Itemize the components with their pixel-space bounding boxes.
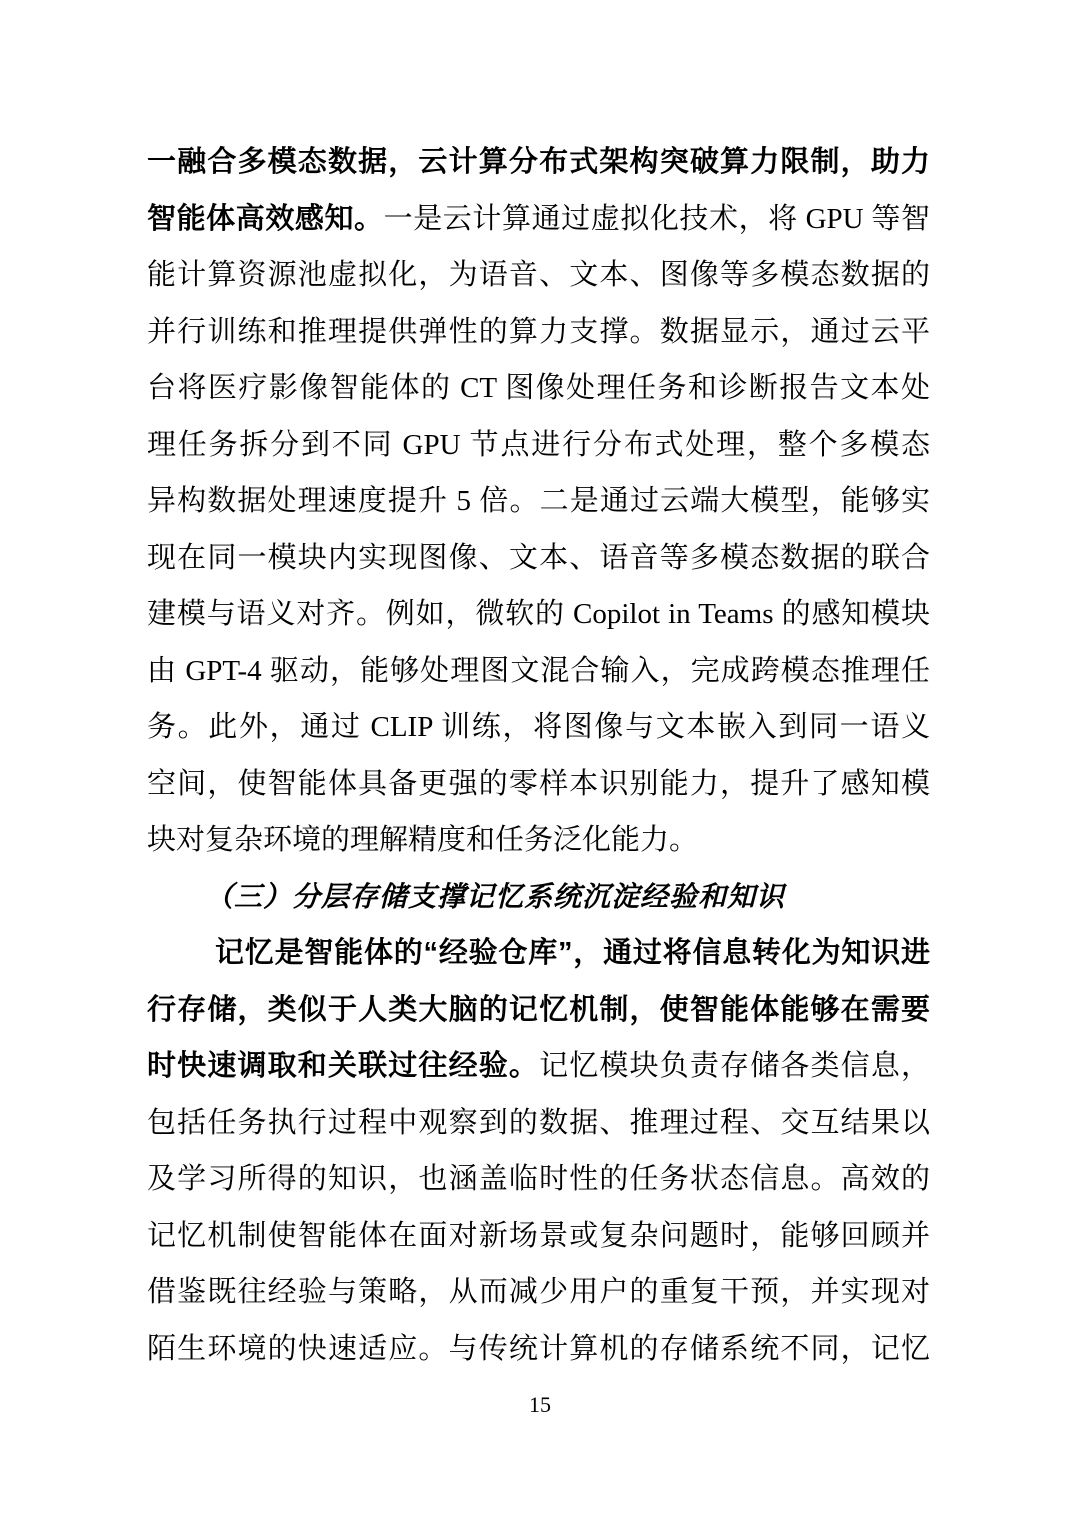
text-line: 能计算资源池虚拟化，为语音、文本、图像等多模态数据的 (147, 247, 930, 304)
text-line: 行存储，类似于人类大脑的记忆机制，使智能体能够在需要 (147, 982, 930, 1039)
text-segment: 异构数据处理速度提升 5 倍。二是通过云端大模型，能够实 (147, 485, 930, 517)
document-body: 一融合多模态数据，云计算分布式架构突破算力限制，助力智能体高效感知。一是云计算通… (147, 134, 930, 1377)
text-segment: 行存储，类似于人类大脑的记忆机制，使智能体能够在需要 (147, 994, 930, 1026)
text-segment: 理任务拆分到不同 GPU 节点进行分布式处理，整个多模态 (147, 429, 930, 461)
text-line: 现在同一模块内实现图像、文本、语音等多模态数据的联合 (147, 530, 930, 587)
text-segment: 现在同一模块内实现图像、文本、语音等多模态数据的联合 (147, 542, 930, 574)
text-line: 包括任务执行过程中观察到的数据、推理过程、交互结果以 (147, 1095, 930, 1152)
text-line: 智能体高效感知。一是云计算通过虚拟化技术，将 GPU 等智 (147, 191, 930, 248)
text-line: 由 GPT-4 驱动，能够处理图文混合输入，完成跨模态推理任 (147, 643, 930, 700)
text-segment: （三）分层存储支撑记忆系统沉淀经验和知识 (205, 882, 785, 913)
text-segment: 并行训练和推理提供弹性的算力支撑。数据显示，通过云平 (147, 316, 930, 348)
text-segment: 空间，使智能体具备更强的零样本识别能力，提升了感知模 (147, 768, 930, 800)
text-line: 陌生环境的快速适应。与传统计算机的存储系统不同，记忆 (147, 1321, 930, 1378)
text-segment: 一是云计算通过虚拟化技术，将 GPU 等智 (384, 203, 930, 235)
text-line: 块对复杂环境的理解精度和任务泛化能力。 (147, 812, 930, 869)
text-segment: 及学习所得的知识，也涵盖临时性的任务状态信息。高效的 (147, 1163, 930, 1195)
text-segment: 能计算资源池虚拟化，为语音、文本、图像等多模态数据的 (147, 259, 930, 291)
text-line: 建模与语义对齐。例如，微软的 Copilot in Teams 的感知模块 (147, 586, 930, 643)
text-segment: 块对复杂环境的理解精度和任务泛化能力。 (147, 824, 698, 856)
text-segment: 务。此外，通过 CLIP 训练，将图像与文本嵌入到同一语义 (147, 711, 930, 743)
text-line: 异构数据处理速度提升 5 倍。二是通过云端大模型，能够实 (147, 473, 930, 530)
text-segment: 陌生环境的快速适应。与传统计算机的存储系统不同，记忆 (147, 1333, 930, 1365)
text-line: 借鉴既往经验与策略，从而减少用户的重复干预，并实现对 (147, 1264, 930, 1321)
text-line: 时快速调取和关联过往经验。记忆模块负责存储各类信息， (147, 1038, 930, 1095)
text-line: 台将医疗影像智能体的 CT 图像处理任务和诊断报告文本处 (147, 360, 930, 417)
text-line: 及学习所得的知识，也涵盖临时性的任务状态信息。高效的 (147, 1151, 930, 1208)
document-page: 一融合多模态数据，云计算分布式架构突破算力限制，助力智能体高效感知。一是云计算通… (0, 0, 1080, 1527)
text-segment: 借鉴既往经验与策略，从而减少用户的重复干预，并实现对 (147, 1276, 930, 1308)
text-line: 记忆机制使智能体在面对新场景或复杂问题时，能够回顾并 (147, 1208, 930, 1265)
text-segment: 台将医疗影像智能体的 CT 图像处理任务和诊断报告文本处 (147, 372, 930, 404)
text-segment: 记忆模块负责存储各类信息， (539, 1050, 930, 1082)
text-segment: 由 GPT-4 驱动，能够处理图文混合输入，完成跨模态推理任 (147, 655, 930, 687)
text-segment: 智能体高效感知。 (147, 203, 384, 235)
section-heading: （三）分层存储支撑记忆系统沉淀经验和知识 (147, 869, 930, 926)
page-number: 15 (0, 1392, 1080, 1418)
text-segment: 记忆是智能体的“经验仓库”，通过将信息转化为知识进 (215, 937, 930, 969)
text-segment: 一融合多模态数据，云计算分布式架构突破算力限制，助力 (147, 146, 930, 178)
text-segment: 时快速调取和关联过往经验。 (147, 1050, 539, 1082)
text-segment: 记忆机制使智能体在面对新场景或复杂问题时，能够回顾并 (147, 1220, 930, 1252)
text-line: 务。此外，通过 CLIP 训练，将图像与文本嵌入到同一语义 (147, 699, 930, 756)
text-line: 并行训练和推理提供弹性的算力支撑。数据显示，通过云平 (147, 304, 930, 361)
text-line: 理任务拆分到不同 GPU 节点进行分布式处理，整个多模态 (147, 417, 930, 474)
text-line: 空间，使智能体具备更强的零样本识别能力，提升了感知模 (147, 756, 930, 813)
text-segment: 包括任务执行过程中观察到的数据、推理过程、交互结果以 (147, 1107, 930, 1139)
text-segment: 建模与语义对齐。例如，微软的 Copilot in Teams 的感知模块 (147, 598, 930, 630)
text-line: 记忆是智能体的“经验仓库”，通过将信息转化为知识进 (147, 925, 930, 982)
text-line: 一融合多模态数据，云计算分布式架构突破算力限制，助力 (147, 134, 930, 191)
